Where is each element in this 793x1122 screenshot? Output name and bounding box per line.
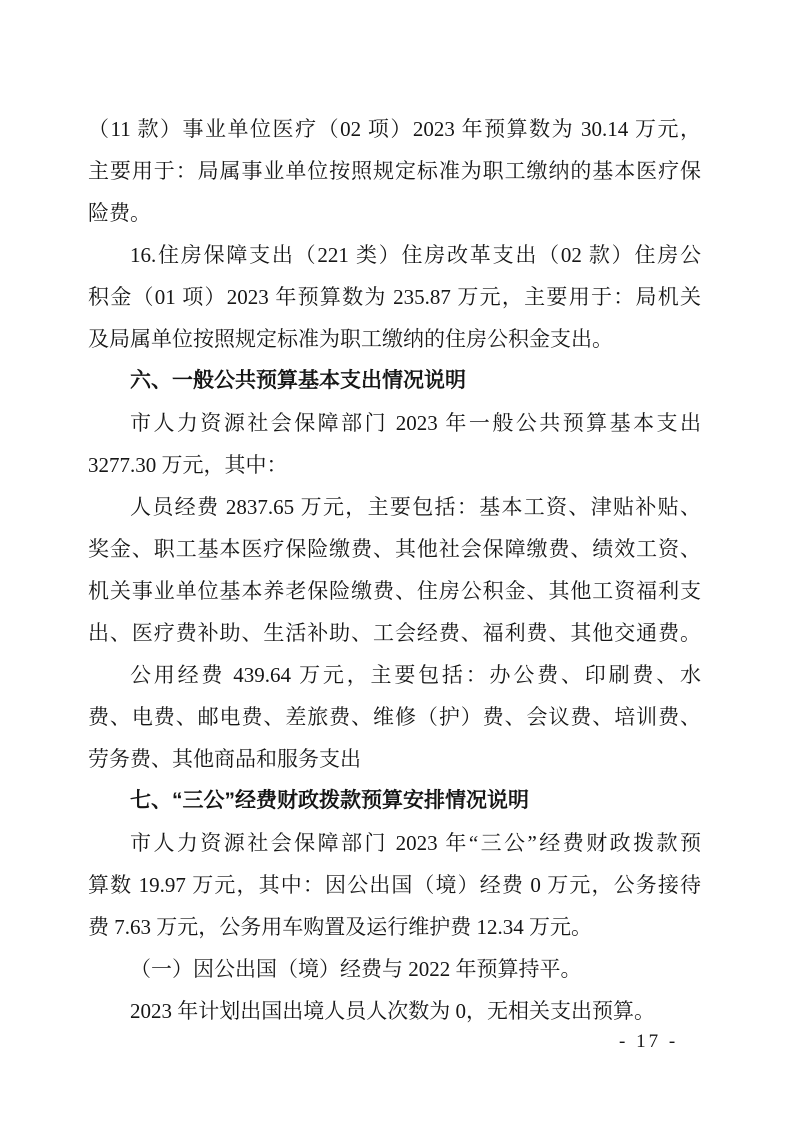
text-line: 算数 19.97 万元，其中：因公出国（境）经费 0 万元，公务接待 <box>88 864 701 906</box>
text-line: 3277.30 万元，其中： <box>88 444 701 486</box>
text-line: （一）因公出国（境）经费与 2022 年预算持平。 <box>88 948 701 990</box>
text-line: 险费。 <box>88 192 701 234</box>
text-line: 出、医疗费补助、生活补助、工会经费、福利费、其他交通费。 <box>88 612 701 654</box>
text-line: 费、电费、邮电费、差旅费、维修（护）费、会议费、培训费、 <box>88 696 701 738</box>
section-heading-six: 六、一般公共预算基本支出情况说明 <box>88 360 701 402</box>
text-line: 16.住房保障支出（221 类）住房改革支出（02 款）住房公 <box>88 234 701 276</box>
text-line: 及局属单位按照规定标准为职工缴纳的住房公积金支出。 <box>88 318 701 360</box>
text-line: 主要用于：局属事业单位按照规定标准为职工缴纳的基本医疗保 <box>88 150 701 192</box>
text-line: 公用经费 439.64 万元，主要包括：办公费、印刷费、水 <box>88 654 701 696</box>
text-line: 人员经费 2837.65 万元，主要包括：基本工资、津贴补贴、 <box>88 486 701 528</box>
section-heading-seven: 七、“三公”经费财政拨款预算安排情况说明 <box>88 780 701 822</box>
text-line: 市人力资源社会保障部门 2023 年“三公”经费财政拨款预 <box>88 822 701 864</box>
text-line: 机关事业单位基本养老保险缴费、住房公积金、其他工资福利支 <box>88 570 701 612</box>
text-line: （11 款）事业单位医疗（02 项）2023 年预算数为 30.14 万元， <box>88 108 701 150</box>
page-number: - 17 - <box>619 1030 678 1054</box>
text-line: 劳务费、其他商品和服务支出 <box>88 738 701 780</box>
text-line: 费 7.63 万元，公务用车购置及运行维护费 12.34 万元。 <box>88 906 701 948</box>
text-line: 市人力资源社会保障部门 2023 年一般公共预算基本支出 <box>88 402 701 444</box>
document-page: （11 款）事业单位医疗（02 项）2023 年预算数为 30.14 万元， 主… <box>0 0 793 1122</box>
text-line: 奖金、职工基本医疗保险缴费、其他社会保障缴费、绩效工资、 <box>88 528 701 570</box>
text-line: 2023 年计划出国出境人员人次数为 0，无相关支出预算。 <box>88 990 701 1032</box>
document-body: （11 款）事业单位医疗（02 项）2023 年预算数为 30.14 万元， 主… <box>88 108 701 1032</box>
text-line: 积金（01 项）2023 年预算数为 235.87 万元，主要用于：局机关 <box>88 276 701 318</box>
